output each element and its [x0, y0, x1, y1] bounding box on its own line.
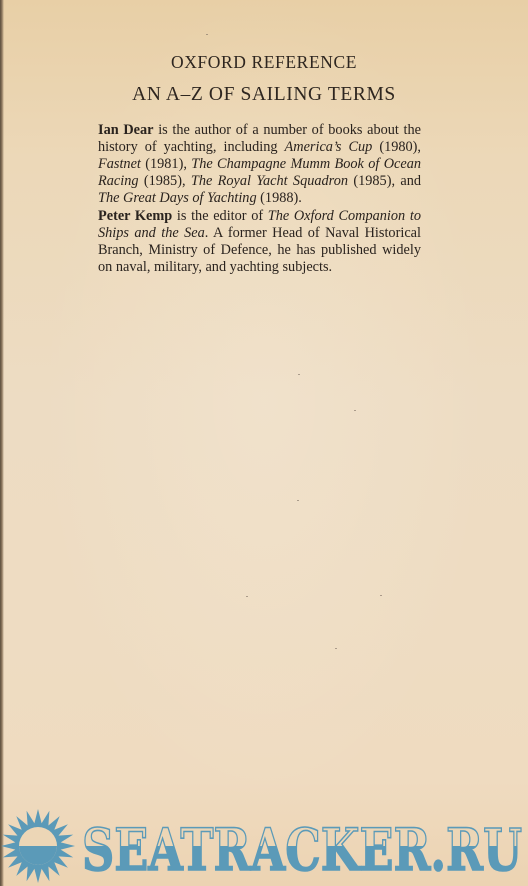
paper-speck: [380, 595, 382, 596]
paper-speck: [298, 374, 300, 375]
author-name: Ian Dear: [98, 122, 154, 138]
author-bio-ian-dear: Ian Dear is the author of a number of bo…: [98, 122, 421, 207]
author-name: Peter Kemp: [98, 208, 172, 224]
paper-speck: [297, 500, 299, 501]
book-title-ref: The Great Days of Yachting: [98, 190, 257, 206]
book-title-ref: Fastnet: [98, 156, 141, 172]
sun-icon: [1, 809, 75, 883]
paper-speck: [335, 648, 337, 649]
paper-speck: [354, 410, 356, 411]
page-edge-shadow: [0, 0, 4, 886]
series-title: OXFORD REFERENCE: [0, 52, 528, 73]
paper-speck: [246, 596, 248, 597]
watermark-seatracker: SEATRACKER.RU SEATRACKER.RU: [0, 808, 528, 886]
paper-speck: [206, 34, 208, 35]
author-bio-peter-kemp: Peter Kemp is the editor of The Oxford C…: [98, 208, 421, 276]
book-title-ref: The Royal Yacht Squadron: [191, 173, 348, 189]
watermark-text: SEATRACKER.RU SEATRACKER.RU: [82, 816, 522, 884]
book-title: AN A–Z OF SAILING TERMS: [0, 84, 528, 106]
book-title-ref: America’s Cup: [285, 139, 373, 155]
